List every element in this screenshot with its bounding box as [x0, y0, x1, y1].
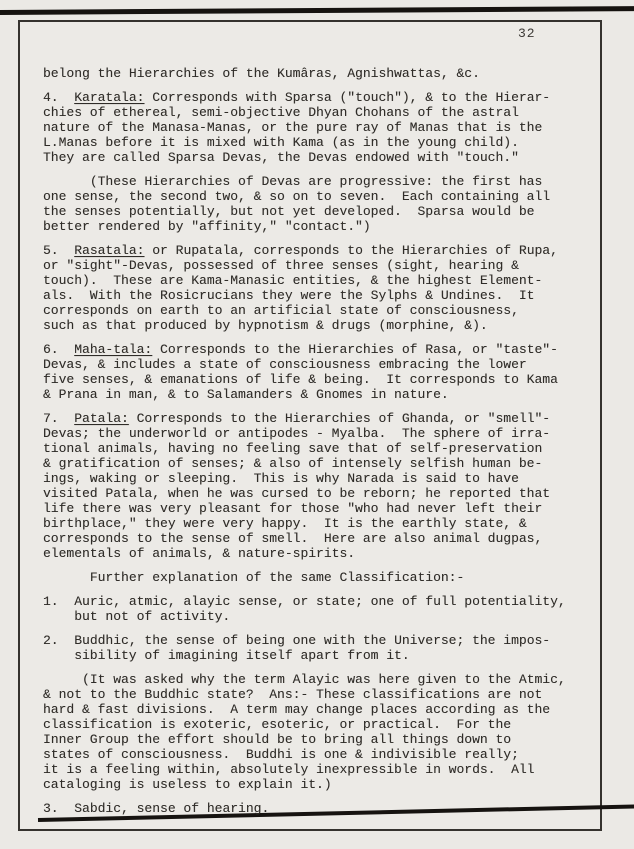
- paragraph-5-rasatala: 5. Rasatala: or Rupatala, corresponds to…: [43, 243, 578, 333]
- item-number: 5.: [43, 243, 74, 258]
- paragraph-alayic-note: (It was asked why the term Alayic was he…: [43, 672, 578, 792]
- indent: [43, 570, 90, 585]
- paragraph-7-patala: 7. Patala: Corresponds to the Hierarchie…: [43, 411, 578, 561]
- classification-heading: Further explanation of the same Classifi…: [43, 570, 578, 585]
- page-number: 32: [518, 26, 536, 41]
- paragraph-4-karatala: 4. Karatala: Corresponds with Sparsa ("t…: [43, 90, 578, 165]
- underlined-term: Rasatala:: [74, 243, 144, 258]
- scanned-document-page: 32 belong the Hierarchies of the Kumâras…: [0, 0, 634, 849]
- paragraph-text: (These Hierarchies of Devas are progress…: [43, 174, 550, 234]
- paragraph-text: belong the Hierarchies of the Kumâras, A…: [43, 66, 480, 81]
- paragraph-intro: belong the Hierarchies of the Kumâras, A…: [43, 66, 578, 81]
- underlined-term: Karatala:: [74, 90, 144, 105]
- paragraph-text: Sabdic, sense of hearing.: [74, 801, 269, 816]
- list-item-3-sabdic: 3. Sabdic, sense of hearing.: [43, 801, 578, 816]
- paragraph-devas-note: (These Hierarchies of Devas are progress…: [43, 174, 578, 234]
- list-item-1-auric: 1. Auric, atmic, alayic sense, or state;…: [43, 594, 578, 624]
- item-number: 2.: [43, 633, 74, 648]
- item-number: 7.: [43, 411, 74, 426]
- paragraph-text: Further explanation of the same Classifi…: [90, 570, 464, 585]
- top-scan-artifact-bar: [0, 6, 634, 15]
- paragraph-text: (It was asked why the term Alayic was he…: [43, 672, 566, 792]
- underlined-term: Maha-tala:: [74, 342, 152, 357]
- underlined-term: Patala:: [74, 411, 129, 426]
- list-item-2-buddhic: 2. Buddhic, the sense of being one with …: [43, 633, 578, 663]
- item-number: 4.: [43, 90, 74, 105]
- paragraph-text: Auric, atmic, alayic sense, or state; on…: [74, 594, 566, 624]
- paragraph-text: Buddhic, the sense of being one with the…: [74, 633, 550, 663]
- item-number: 6.: [43, 342, 74, 357]
- indent: [43, 174, 90, 189]
- item-number: 3.: [43, 801, 74, 816]
- item-number: 1.: [43, 594, 74, 609]
- indent: [43, 672, 82, 687]
- paragraph-6-mahatala: 6. Maha-tala: Corresponds to the Hierarc…: [43, 342, 578, 402]
- paragraph-text: Corresponds to the Hierarchies of Ghanda…: [43, 411, 550, 561]
- page-content: belong the Hierarchies of the Kumâras, A…: [43, 66, 578, 825]
